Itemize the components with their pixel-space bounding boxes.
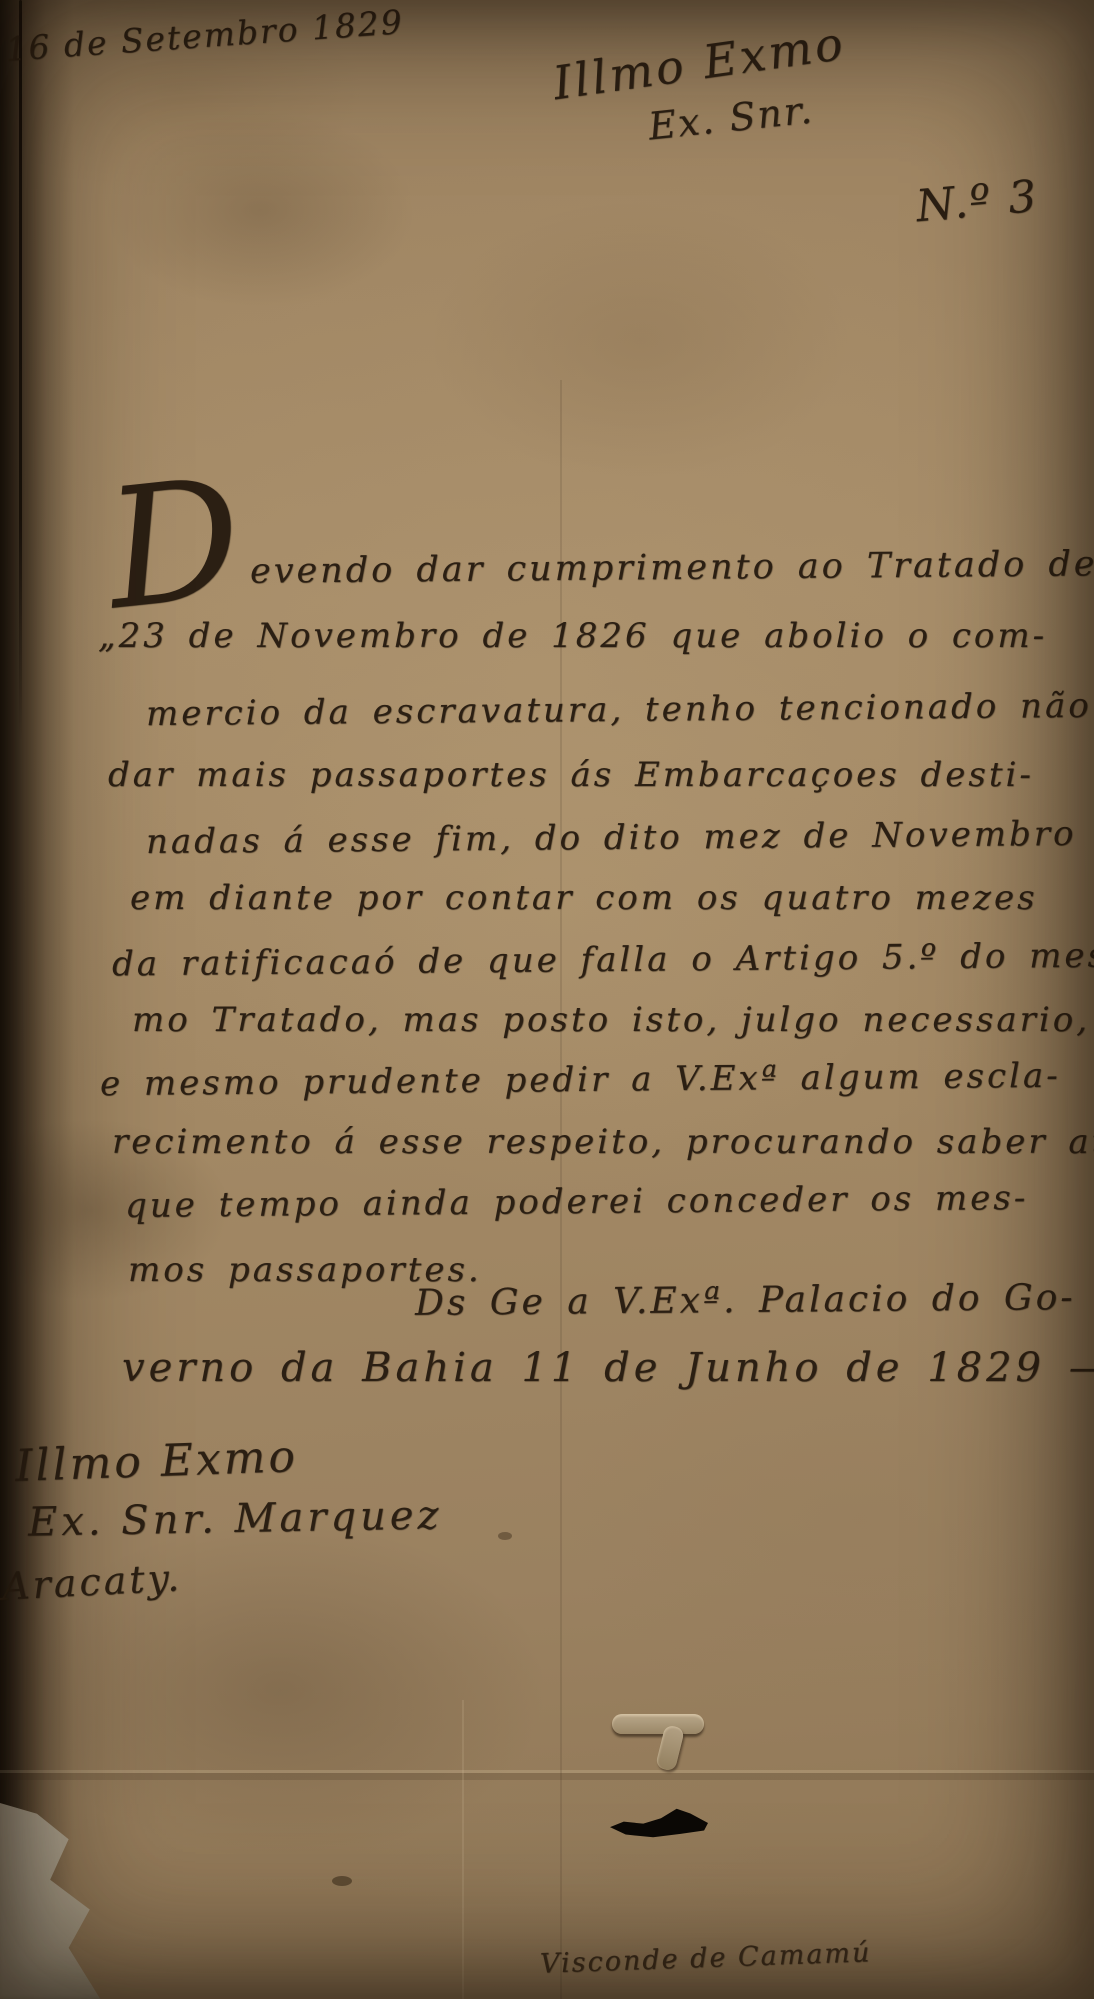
binding-edge-line: [19, 0, 22, 740]
document-number: N.º 3: [914, 171, 1040, 232]
drop-cap-initial: D: [100, 456, 249, 634]
addressee-line-3: Aracaty.: [1, 1555, 183, 1608]
body-line: da ratificacaó de que falla o Artigo 5.º…: [112, 936, 1094, 985]
body-line: evendo dar cumprimento ao Tratado de: [250, 544, 1094, 591]
paper-stain: [498, 1532, 512, 1540]
body-line: „23 de Novembro de 1826 que abolio o com…: [98, 616, 1047, 656]
body-line: recimento á esse respeito, procurando sa…: [112, 1122, 1094, 1162]
salutation-line-2: Ex. Snr.: [646, 87, 816, 148]
vertical-crease-lower: [462, 1700, 464, 1999]
addressee-line-2: Ex. Snr. Marquez: [28, 1492, 443, 1545]
body-line: dar mais passaportes ás Embarcaçoes dest…: [108, 755, 1034, 795]
body-line: mo Tratado, mas posto isto, julgo necess…: [132, 1000, 1090, 1040]
body-line: que tempo ainda poderei conceder os mes-: [125, 1178, 1029, 1226]
signature: Visconde de Camamú: [540, 1937, 872, 1980]
body-line: e mesmo prudente pedir a V.Exª algum esc…: [100, 1056, 1061, 1104]
paper-stain: [332, 1876, 352, 1886]
paper-tear-hole: [612, 1712, 708, 1774]
body-line: nadas á esse fim, do dito mez de Novembr…: [146, 814, 1077, 862]
fold-crease-shadow: [0, 1773, 1094, 1780]
closing-formula-line: Ds Ge a V.Exª. Palacio do Go-: [415, 1277, 1076, 1324]
dateline: verno da Bahia 11 de Junho de 1829 —: [122, 1345, 1094, 1391]
manuscript-page: 16 de Setembro 1829 Illmo Exmo Ex. Snr. …: [0, 0, 1094, 1999]
body-line: em diante por contar com os quatro mezes: [130, 878, 1038, 918]
ink-blot-hole: [610, 1806, 708, 1840]
document-photo: 16 de Setembro 1829 Illmo Exmo Ex. Snr. …: [0, 0, 1094, 1999]
addressee-line-1: Illmo Exmo: [14, 1431, 298, 1492]
binding-gutter-shadow: [0, 0, 74, 1999]
body-line: mercio da escravatura, tenho tencionado …: [146, 686, 1092, 734]
